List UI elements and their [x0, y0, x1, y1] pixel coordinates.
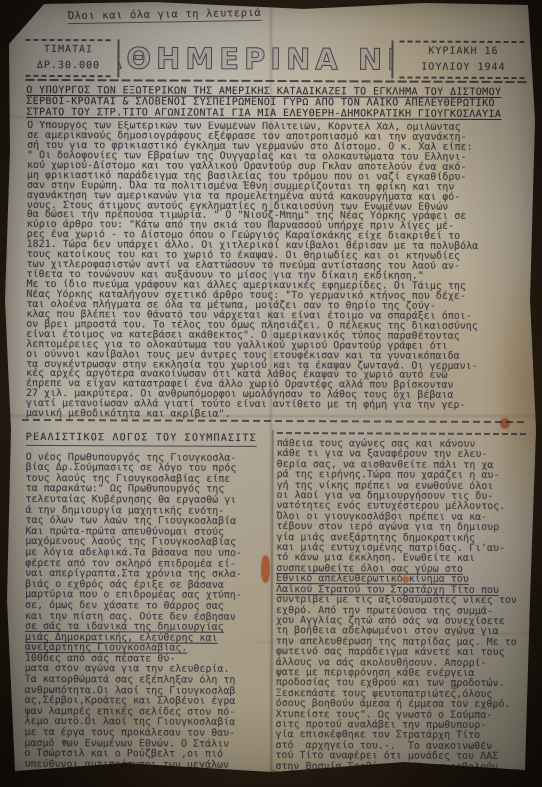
- text-line: υπεύθυνοι αντιπρόσωποι των μεγάλων: [24, 760, 267, 772]
- dashed-rule: [399, 77, 527, 80]
- headline: Ο ΥΠΟΥΡΓΟΣ ΤΩΝ ΕΞΩΤΕΡΙΚΩΝ ΤΗΣ ΑΜΕΡΙΚΗΣ Κ…: [26, 85, 530, 120]
- newspaper-sheet: Όλοι και όλα για τη λευτεριά ΤΙΜΑΤΑΙ ΔΡ.…: [4, 0, 538, 784]
- issue-date-day: ΚΥΡΙΑΚΗ 16: [399, 46, 527, 59]
- column-left-text: Ο νέος Πρωθυπουργός της Γιουγκοσλα-βίας …: [24, 453, 268, 778]
- date-box: ΚΥΡΙΑΚΗ 16 ΙΟΥΛΙΟΥ 1944: [399, 41, 527, 80]
- column-right-text: πάθεια τους αγώνες σας και κάνουνκάθε τι…: [275, 439, 528, 773]
- column-divider: [270, 430, 274, 778]
- motto: Όλοι και όλα για τη λευτεριά: [68, 7, 262, 24]
- price-label: ΤΙΜΑΤΑΙ: [25, 44, 111, 56]
- article-distomo: Ο Υπουργός των Εξωτερικών των Ενωμένων Π…: [26, 121, 531, 421]
- issue-date-month-year: ΙΟΥΛΙΟΥ 1944: [399, 61, 527, 74]
- text-line: μας συμμάχων παρακολουθούν με πόθο: [24, 770, 267, 778]
- dashed-rule: [26, 39, 112, 41]
- text-line: στην Βοσνία,Σερβία και Κρ. πυροβολούν.: [275, 762, 527, 774]
- price-box: ΤΙΜΑΤΑΙ ΔΡ.30.000: [25, 39, 111, 77]
- text-line: ΣΤΡΑΤΟ ΤΟΥ ΣΤΡ.ΤΙΤΟ ΑΓΩΝΙΖΟΝΤΑΙ ΓΙΑ ΜΙΑ …: [26, 107, 530, 120]
- photo-background: Όλοι και όλα για τη λευτεριά ΤΙΜΑΤΑΙ ΔΡ.…: [0, 0, 542, 787]
- masthead-underline: [25, 79, 529, 83]
- two-column-section: ΡΕΑΛΙΣΤΙΚΟΣ ΛΟΓΟΣ ΤΟΥ ΣΟΥΜΠΑΣΙΤΣ Ο νέος …: [24, 429, 530, 779]
- page-content: Όλοι και όλα για τη λευτεριά ΤΙΜΑΤΑΙ ΔΡ.…: [2, 0, 539, 785]
- masthead: ΤΙΜΑΤΑΙ ΔΡ.30.000 ΚΑΘΗΜΕΡΙΝΑ ΝΕΑ ΚΥΡΙΑΚΗ…: [25, 39, 527, 79]
- section-heading: ΡΕΑΛΙΣΤΙΚΟΣ ΛΟΓΟΣ ΤΟΥ ΣΟΥΜΠΑΣΙΤΣ: [26, 433, 257, 447]
- dashed-rule: [400, 41, 528, 44]
- column-left: ΡΕΑΛΙΣΤΙΚΟΣ ΛΟΓΟΣ ΤΟΥ ΣΟΥΜΠΑΣΙΤΣ Ο νέος …: [24, 429, 269, 778]
- dashed-rule: [25, 75, 111, 77]
- price-value: ΔΡ.30.000: [25, 60, 111, 72]
- newspaper-title: ΚΑΘΗΜΕΡΙΝΑ ΝΕΑ: [117, 39, 393, 78]
- dashed-rule: [277, 432, 529, 435]
- column-right: πάθεια τους αγώνες σας και κάνουνκάθε τι…: [275, 430, 529, 779]
